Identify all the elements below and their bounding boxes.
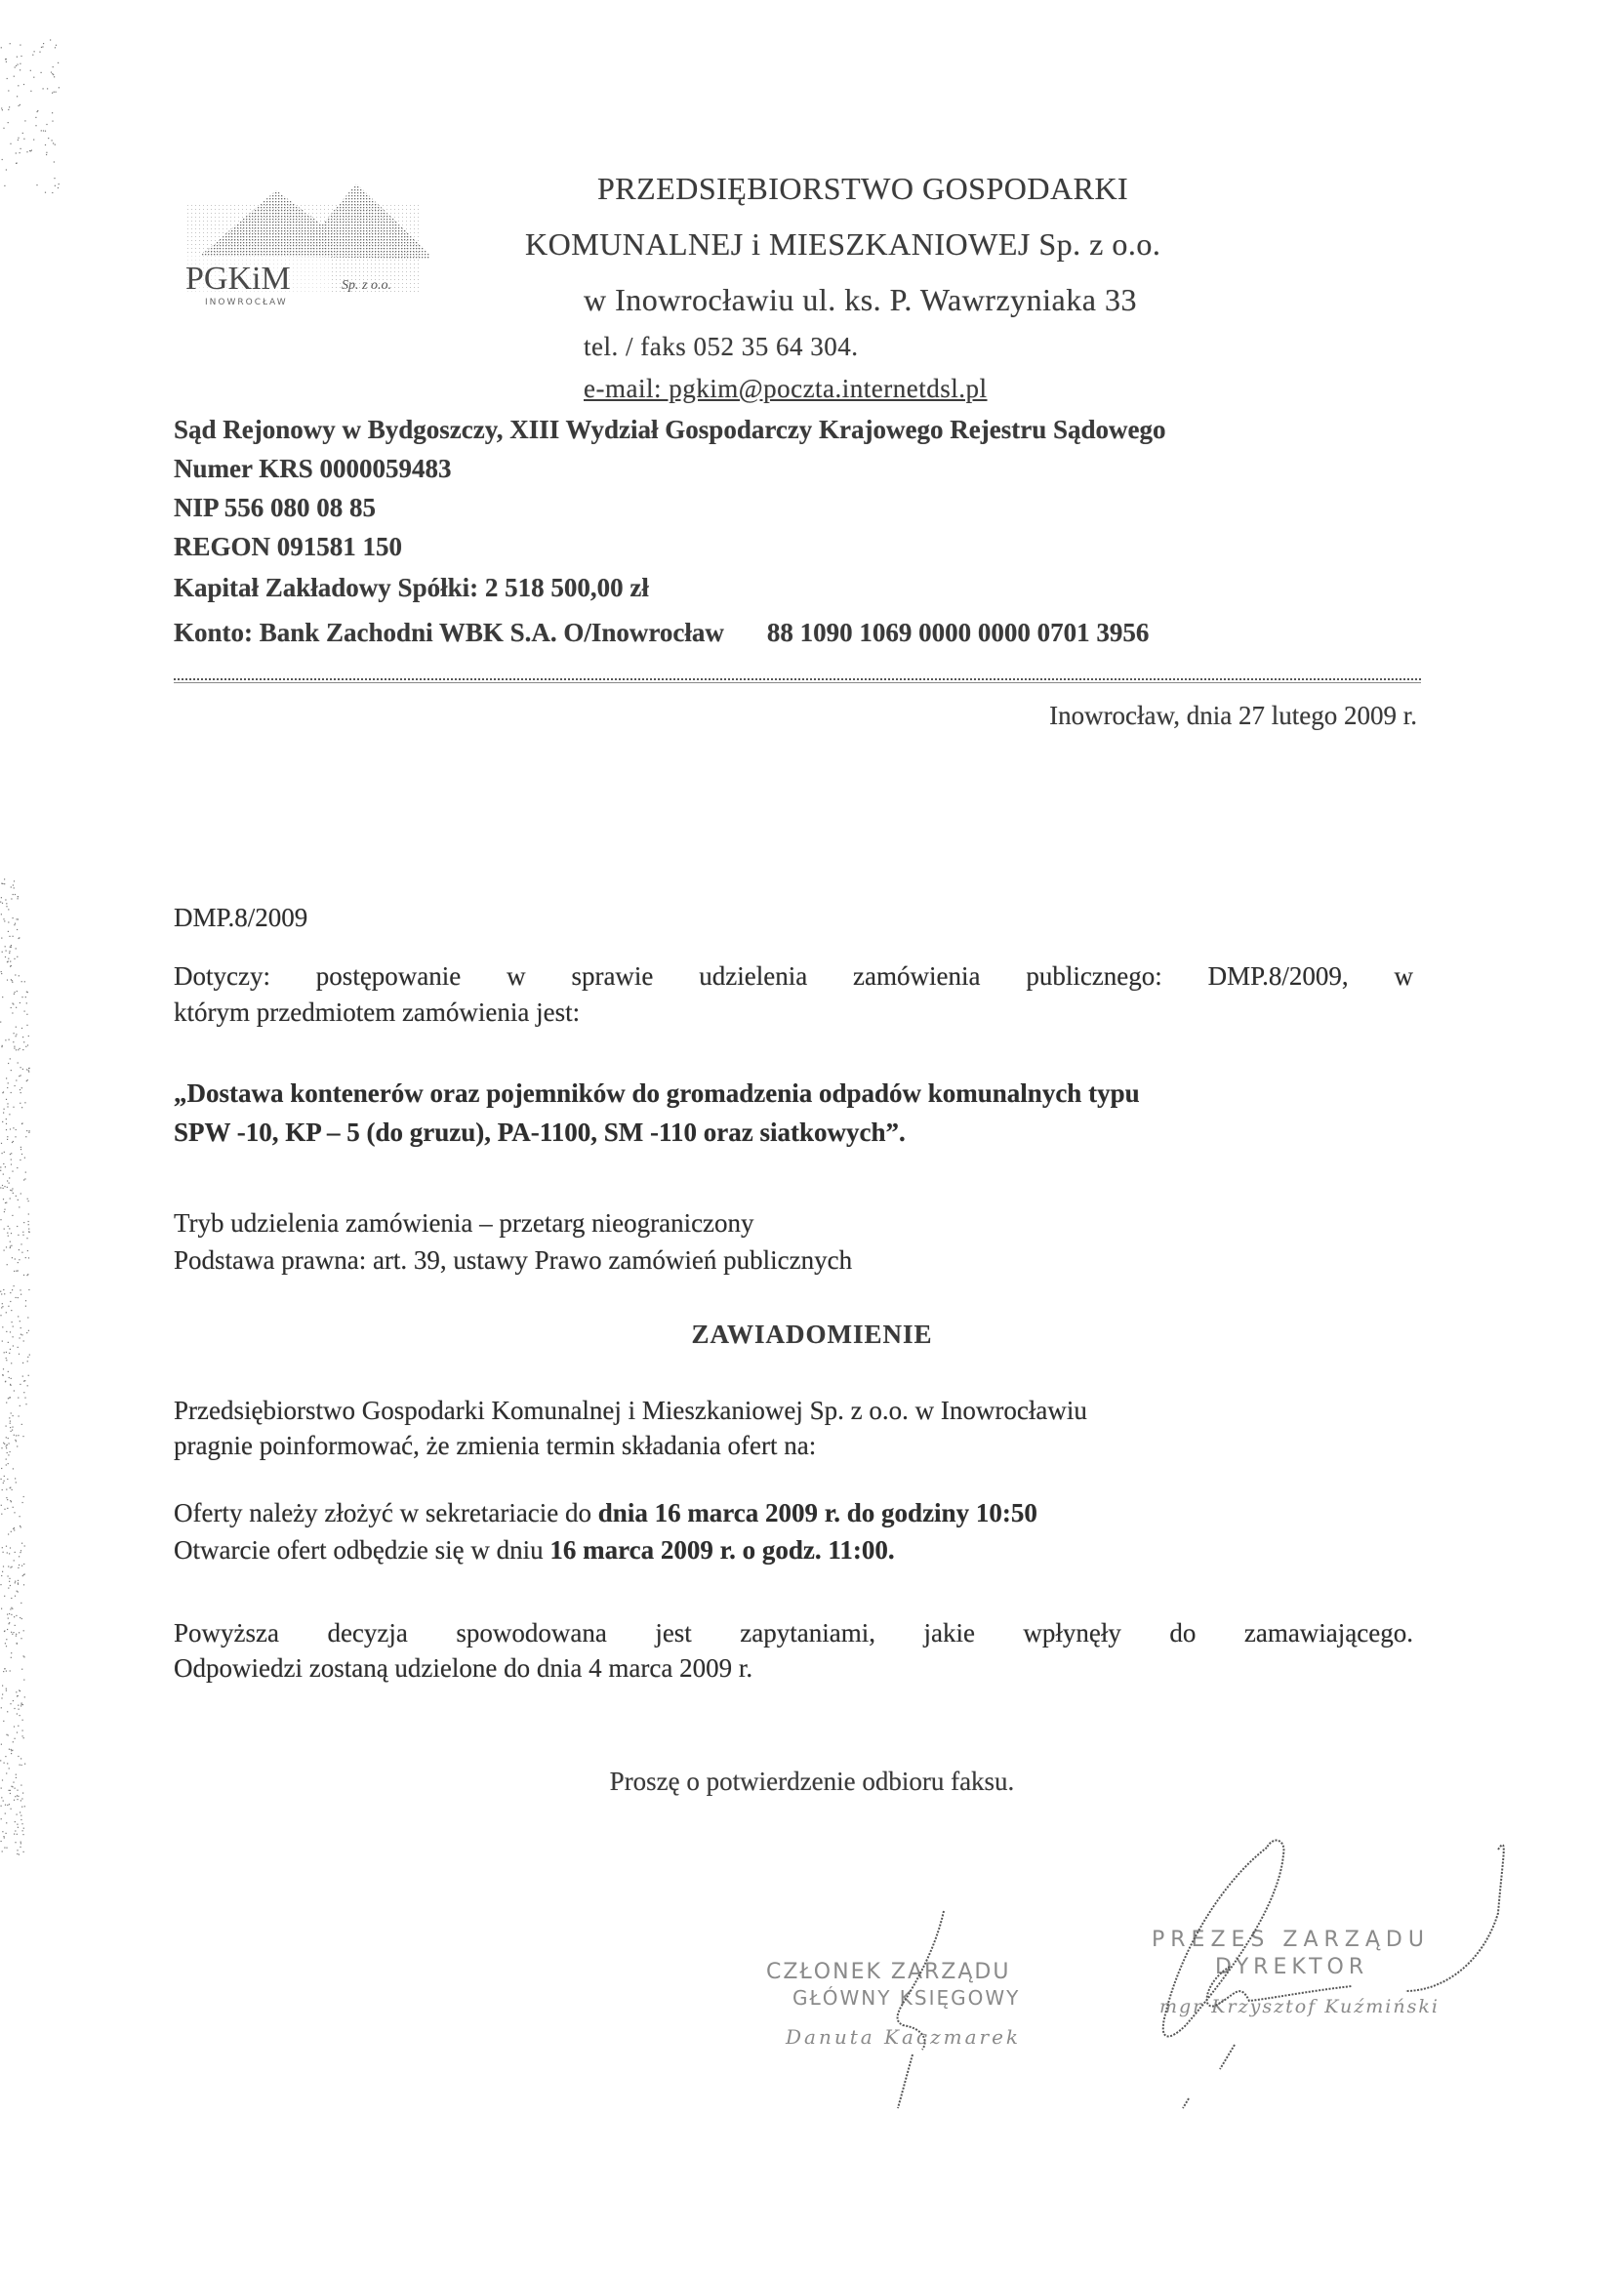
offers-opening-text: Otwarcie ofert odbędzie się w dniu <box>174 1535 549 1565</box>
stamp-left-name: Danuta Kaczmarek <box>786 2025 1021 2049</box>
subject-line-2: SPW -10, KP – 5 (do gruzu), PA-1100, SM … <box>174 1118 906 1148</box>
offers-opening: Otwarcie ofert odbędzie się w dniu 16 ma… <box>174 1535 895 1566</box>
offers-deadline-text: Oferty należy złożyć w sekretariacie do <box>174 1498 598 1527</box>
registry-capital: Kapitał Zakładowy Spółki: 2 518 500,00 z… <box>174 573 649 603</box>
company-name-line1: PRZEDSIĘBIORSTWO GOSPODARKI <box>597 171 1128 207</box>
registry-bank-account: Konto: Bank Zachodni WBK S.A. O/Inowrocł… <box>174 618 1149 648</box>
registry-krs: Numer KRS 0000059483 <box>174 454 452 484</box>
procurement-mode: Tryb udzielenia zamówienia – przetarg ni… <box>174 1208 754 1239</box>
registry-court: Sąd Rejonowy w Bydgoszczy, XIII Wydział … <box>174 415 1165 445</box>
offers-deadline-date: dnia 16 marca 2009 r. do godziny 10:50 <box>598 1498 1037 1527</box>
company-phone: tel. / faks 052 35 64 304. <box>584 332 858 362</box>
registry-regon: REGON 091581 150 <box>174 532 402 562</box>
registry-nip: NIP 556 080 08 85 <box>174 493 376 523</box>
company-name-line2: KOMUNALNEJ i MIESZKANIOWEJ Sp. z o.o. <box>525 226 1160 263</box>
legal-basis: Podstawa prawna: art. 39, ustawy Prawo z… <box>174 1245 852 1276</box>
concerns-line-1: Dotyczy: postępowanie w sprawie udzielen… <box>174 961 1413 992</box>
header-divider <box>174 678 1421 683</box>
stamp-left-title: CZŁONEK ZARZĄDU <box>766 1960 1010 1984</box>
stamp-right-role: DYREKTOR <box>1215 1955 1368 1979</box>
stamp-right-title: PREZES ZARZĄDU <box>1152 1928 1430 1952</box>
company-logo: PGKiM Sp. z o.o. INOWROCŁAW <box>176 166 429 312</box>
company-email[interactable]: e-mail: pgkim@poczta.internetdsl.pl <box>584 374 988 404</box>
account-number: 88 1090 1069 0000 0000 0701 3956 <box>767 618 1150 647</box>
svg-text:INOWROCŁAW: INOWROCŁAW <box>205 298 288 307</box>
intro-line-2: pragnie poinformować, że zmienia termin … <box>174 1431 816 1461</box>
reason-line-2: Odpowiedzi zostaną udzielone do dnia 4 m… <box>174 1653 752 1684</box>
svg-text:PGKiM: PGKiM <box>185 261 291 297</box>
company-address: w Inowrocławiu ul. ks. P. Wawrzyniaka 33 <box>584 282 1137 318</box>
intro-line-1: Przedsiębiorstwo Gospodarki Komunalnej i… <box>174 1396 1087 1426</box>
subject-line-1: „Dostawa kontenerów oraz pojemników do g… <box>174 1078 1140 1109</box>
offers-deadline: Oferty należy złożyć w sekretariacie do … <box>174 1498 1037 1528</box>
notice-heading: ZAWIADOMIENIE <box>0 1320 1624 1350</box>
svg-text:Sp. z o.o.: Sp. z o.o. <box>342 278 391 293</box>
closing-request: Proszę o potwierdzenie odbioru faksu. <box>0 1767 1624 1797</box>
bank-name: Konto: Bank Zachodni WBK S.A. O/Inowrocł… <box>174 618 724 647</box>
offers-opening-date: 16 marca 2009 r. o godz. 11:00. <box>549 1535 894 1565</box>
stamp-right-name: mgr Krzysztof Kuźmiński <box>1159 1996 1440 2017</box>
concerns-line-2: którym przedmiotem zamówienia jest: <box>174 997 580 1028</box>
stamp-left-role: GŁÓWNY KSIĘGOWY <box>792 1986 1020 2010</box>
reason-line-1: Powyższa decyzja spowodowana jest zapyta… <box>174 1618 1413 1648</box>
document-date: Inowrocław, dnia 27 lutego 2009 r. <box>1049 701 1417 731</box>
reference-number: DMP.8/2009 <box>174 903 307 933</box>
